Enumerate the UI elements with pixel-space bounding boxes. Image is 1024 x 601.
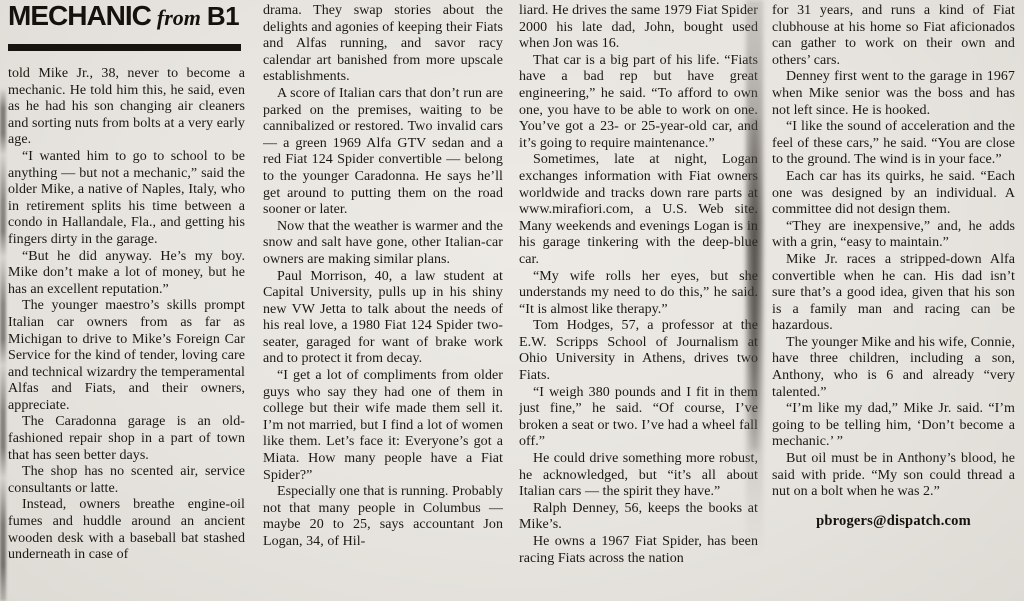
paragraph: “I’m like my dad,” Mike Jr. said. “I’m g… [772, 401, 1015, 451]
headline-title: MECHANIC [8, 0, 151, 31]
article-column-2: drama. They swap stories about the delig… [263, 3, 503, 601]
article-continuation-header: MECHANIC from B1 [8, 0, 245, 66]
paragraph: “I weigh 380 pounds and I fit in them ju… [519, 385, 758, 451]
paragraph: “They are inexpensive,” and, he adds wit… [772, 219, 1015, 252]
paragraph: He owns a 1967 Fiat Spider, has been rac… [519, 534, 758, 567]
paragraph: “My wife rolls her eyes, but she underst… [519, 269, 758, 319]
column-2-body: drama. They swap stories about the delig… [263, 3, 503, 551]
paragraph: Denney first went to the garage in 1967 … [772, 69, 1015, 119]
paragraph: drama. They swap stories about the delig… [263, 3, 503, 86]
paragraph: The younger Mike and his wife, Connie, h… [772, 335, 1015, 401]
paragraph: “But he did anyway. He’s my boy. Mike do… [8, 249, 245, 299]
column-1-body: told Mike Jr., 38, never to become a mec… [8, 66, 245, 564]
paragraph: The shop has no scented air, service con… [8, 464, 245, 497]
paragraph: liard. He drives the same 1979 Fiat Spid… [519, 3, 758, 53]
paragraph: That car is a big part of his life. “Fia… [519, 53, 758, 153]
paragraph: Ralph Denney, 56, keeps the books at Mik… [519, 501, 758, 534]
paragraph: But oil must be in Anthony’s blood, he s… [772, 451, 1015, 501]
paragraph: for 31 years, and runs a kind of Fiat cl… [772, 3, 1015, 69]
paragraph: Sometimes, late at night, Logan exchange… [519, 152, 758, 268]
header-rule [8, 44, 241, 51]
article-column-3: liard. He drives the same 1979 Fiat Spid… [519, 3, 758, 601]
headline-page-ref: B1 [207, 1, 239, 31]
scan-artifact-left-edge [0, 88, 6, 601]
author-email: pbrogers@dispatch.com [772, 513, 1015, 530]
paragraph: Each car has its quirks, he said. “Each … [772, 169, 1015, 219]
paragraph: Now that the weather is warmer and the s… [263, 219, 503, 269]
newspaper-page: MECHANIC from B1 told Mike Jr., 38, neve… [0, 0, 1024, 601]
paragraph: Instead, owners breathe engine-oil fumes… [8, 497, 245, 563]
paragraph: “I get a lot of compliments from older g… [263, 368, 503, 484]
paragraph: The Caradonna garage is an old-fashioned… [8, 414, 245, 464]
paragraph: “I wanted him to go to school to be anyt… [8, 149, 245, 249]
paragraph: told Mike Jr., 38, never to become a mec… [8, 66, 245, 149]
paragraph: Especially one that is running. Probably… [263, 484, 503, 550]
column-3-body: liard. He drives the same 1979 Fiat Spid… [519, 3, 758, 567]
paragraph: He could drive something more robust, he… [519, 451, 758, 501]
paragraph: A score of Italian cars that don’t run a… [263, 86, 503, 219]
paragraph: The younger maestro’s skills prompt Ital… [8, 298, 245, 414]
article-column-4: for 31 years, and runs a kind of Fiat cl… [772, 3, 1015, 601]
paragraph: Tom Hodges, 57, a professor at the E.W. … [519, 318, 758, 384]
article-column-1: MECHANIC from B1 told Mike Jr., 38, neve… [8, 0, 245, 601]
paragraph: Mike Jr. races a stripped-down Alfa conv… [772, 252, 1015, 335]
continuation-headline: MECHANIC from B1 [8, 0, 245, 32]
paragraph: Paul Morrison, 40, a law student at Capi… [263, 269, 503, 369]
paragraph: “I like the sound of acceleration and th… [772, 119, 1015, 169]
headline-from-word: from [155, 5, 203, 30]
column-4-body: for 31 years, and runs a kind of Fiat cl… [772, 3, 1015, 501]
